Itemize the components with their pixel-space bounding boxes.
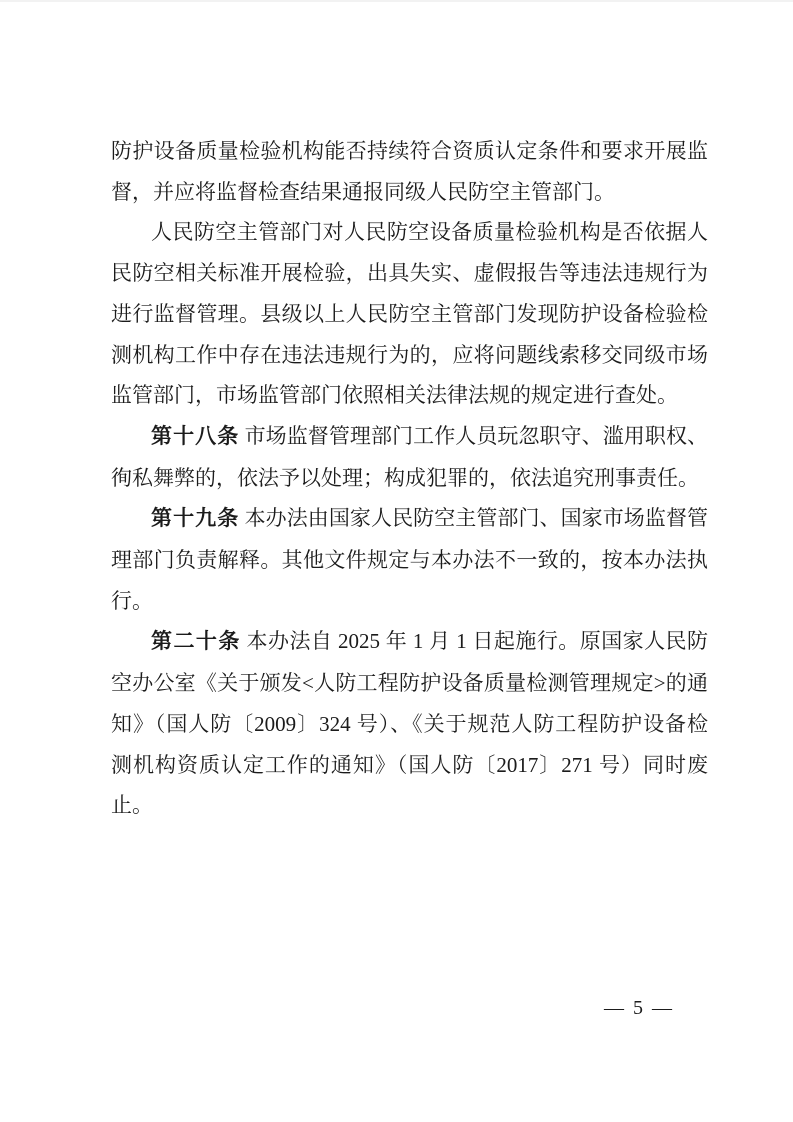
text-line: 理部门负责解释。其他文件规定与本办法不一致的，按本办法执 [111, 540, 708, 581]
text-line: 徇私舞弊的，依法予以处理；构成犯罪的，依法追究刑事责任。 [111, 458, 708, 499]
text-line: 空办公室《关于颁发<人防工程防护设备质量检测管理规定>的通 [111, 663, 708, 704]
text-line: 第十八条 市场监督管理部门工作人员玩忽职守、滥用职权、 [111, 416, 708, 458]
text-line: 第十九条 本办法由国家人民防空主管部门、国家市场监督管 [111, 498, 708, 540]
text-line: 知》（国人防〔2009〕324 号）、《关于规范人防工程防护设备检 [111, 704, 708, 745]
body-text: 防护设备质量检验机构能否持续符合资质认定条件和要求开展监督，并应将监督检查结果通… [111, 131, 708, 826]
text-line: 民防空相关标准开展检验，出具失实、虚假报告等违法违规行为 [111, 253, 708, 294]
article-heading: 第十八条 [151, 425, 239, 448]
text-line: 监管部门，市场监管部门依照相关法律法规的规定进行查处。 [111, 375, 708, 416]
text-line: 督，并应将监督检查结果通报同级人民防空主管部门。 [111, 172, 708, 213]
document-page: 防护设备质量检验机构能否持续符合资质认定条件和要求开展监督，并应将监督检查结果通… [0, 0, 793, 1122]
text-line: 测机构工作中存在违法违规行为的，应将问题线索移交同级市场 [111, 335, 708, 376]
text-line: 第二十条 本办法自 2025 年 1 月 1 日起施行。原国家人民防 [111, 621, 708, 663]
text-line: 人民防空主管部门对人民防空设备质量检验机构是否依据人 [111, 212, 708, 253]
page-number: — 5 — [0, 997, 674, 1020]
scan-edge-artifact [0, 0, 793, 2]
article-heading: 第十九条 [151, 507, 239, 530]
text-line: 止。 [111, 785, 708, 826]
text-line: 进行监督管理。县级以上人民防空主管部门发现防护设备检验检 [111, 294, 708, 335]
text-line: 防护设备质量检验机构能否持续符合资质认定条件和要求开展监 [111, 131, 708, 172]
text-line: 测机构资质认定工作的通知》（国人防〔2017〕271 号）同时废 [111, 745, 708, 786]
article-heading: 第二十条 [151, 630, 241, 653]
text-line: 行。 [111, 581, 708, 622]
